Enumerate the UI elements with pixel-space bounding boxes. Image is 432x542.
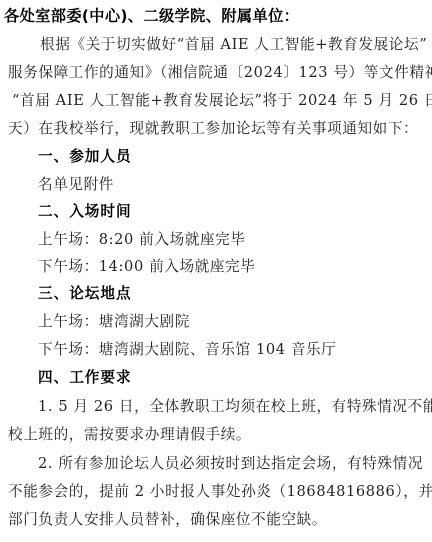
participants-text: 名单见附件 bbox=[38, 175, 114, 195]
section-heading-participants: 一、参加人员 bbox=[38, 147, 132, 167]
requirement-2-line-3: 部门负责人安排人员替补，确保座位不能空缺。 bbox=[8, 510, 327, 530]
entry-time-afternoon: 下午场：14:00 前入场就座完毕 bbox=[38, 257, 255, 277]
section-heading-requirements: 四、工作要求 bbox=[38, 368, 132, 388]
requirement-1-line-2: 校上班的，需按要求办理请假手续。 bbox=[8, 425, 251, 445]
requirement-2-line-2: 不能参会的，提前 2 小时报人事处孙炎（18684816886），并由各 bbox=[8, 482, 432, 502]
requirement-2-line-1: 2. 所有参加论坛人员必须按时到达指定会场，有特殊情况 bbox=[38, 454, 423, 474]
requirement-1-line-1: 1. 5 月 26 日，全体教职工均须在校上班，有特殊情况不能在 bbox=[38, 397, 432, 417]
venue-afternoon: 下午场：塘湾湖大剧院、音乐馆 104 音乐厅 bbox=[38, 340, 336, 360]
section-heading-venue: 三、论坛地点 bbox=[38, 284, 132, 304]
intro-line-1: 根据《关于切实做好“首届 AIE 人工智能+教育发展论坛” bbox=[40, 35, 427, 55]
section-heading-entry-time: 二、入场时间 bbox=[38, 202, 132, 222]
venue-morning: 上午场：塘湾湖大剧院 bbox=[38, 312, 190, 332]
salutation: 各处室部委(中心)、二级学院、附属单位： bbox=[4, 6, 299, 26]
intro-line-2: 服务保障工作的通知》（湘信院通〔2024〕123 号）等文件精神， bbox=[8, 63, 432, 83]
intro-line-3: “首届 AIE 人工智能+教育发展论坛”将于 2024 年 5 月 26 日(明 bbox=[12, 91, 432, 111]
entry-time-morning: 上午场：8:20 前入场就座完毕 bbox=[38, 230, 246, 250]
intro-line-4: 天）在我校举行，现就教职工参加论坛等有关事项通知如下： bbox=[8, 119, 418, 139]
